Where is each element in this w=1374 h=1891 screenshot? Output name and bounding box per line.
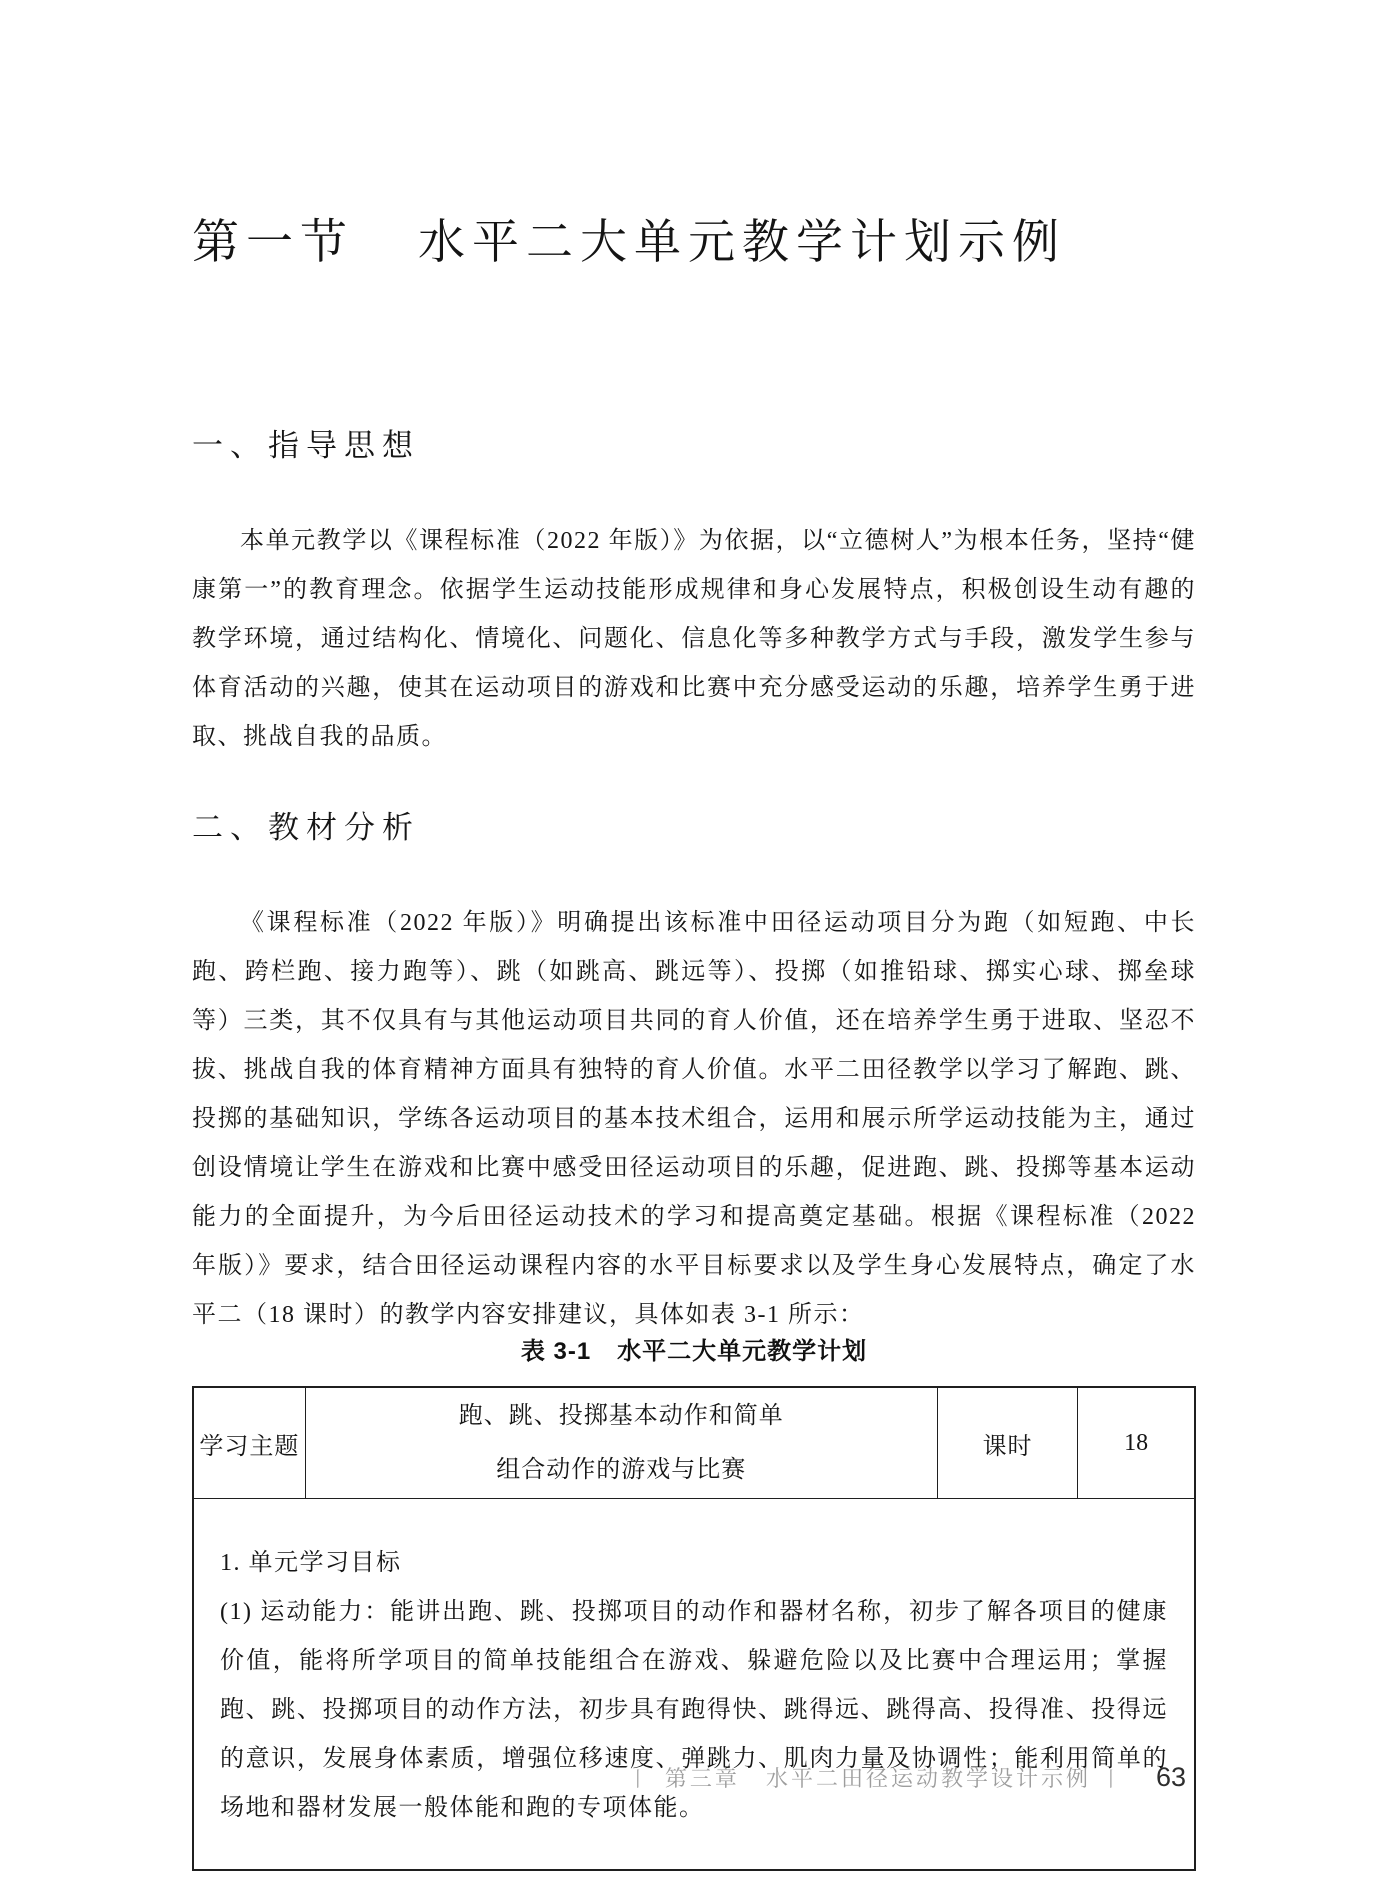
- cell-hours-value: 18: [1078, 1387, 1195, 1499]
- topic-line-1: 跑、跳、投掷基本动作和简单: [307, 1389, 936, 1443]
- document-page: 第一节 水平二大单元教学计划示例 一、指导思想 本单元教学以《课程标准（2022…: [0, 0, 1374, 1891]
- footer-divider-left: 丨: [628, 1763, 651, 1792]
- table-row-header: 学习主题 跑、跳、投掷基本动作和简单 组合动作的游戏与比赛 课时 18: [193, 1387, 1195, 1499]
- footer-chapter-title: 水平二田径运动教学设计示例: [766, 1762, 1091, 1793]
- page-title: 第一节 水平二大单元教学计划示例: [192, 205, 1196, 272]
- cell-hours-label: 课时: [937, 1387, 1077, 1499]
- footer-chapter-label: 第三章: [665, 1762, 740, 1793]
- cell-topic-value: 跑、跳、投掷基本动作和简单 组合动作的游戏与比赛: [305, 1387, 937, 1499]
- page-footer: 丨 第三章 水平二田径运动教学设计示例 丨 63: [628, 1762, 1186, 1793]
- table-row-goals: 1. 单元学习目标 (1) 运动能力：能讲出跑、跳、投掷项目的动作和器材名称，初…: [193, 1499, 1195, 1871]
- paragraph-guiding-ideology: 本单元教学以《课程标准（2022 年版）》为依据，以“立德树人”为根本任务，坚持…: [192, 517, 1196, 762]
- section-heading-guiding-ideology: 一、指导思想: [192, 420, 1196, 465]
- unit-goals-title: 1. 单元学习目标: [220, 1539, 1168, 1588]
- cell-unit-goals: 1. 单元学习目标 (1) 运动能力：能讲出跑、跳、投掷项目的动作和器材名称，初…: [193, 1499, 1195, 1871]
- topic-line-2: 组合动作的游戏与比赛: [307, 1443, 936, 1497]
- cell-topic-label: 学习主题: [193, 1387, 305, 1499]
- page-title-text: 水平二大单元教学计划示例: [418, 215, 1066, 270]
- unit-goals-item-1: (1) 运动能力：能讲出跑、跳、投掷项目的动作和器材名称，初步了解各项目的健康价…: [220, 1588, 1168, 1833]
- unit-teaching-plan-table: 学习主题 跑、跳、投掷基本动作和简单 组合动作的游戏与比赛 课时 18 1. 单…: [192, 1386, 1196, 1871]
- section-heading-material-analysis: 二、教材分析: [192, 802, 1196, 847]
- footer-divider-right: 丨: [1101, 1763, 1124, 1792]
- footer-page-number: 63: [1156, 1762, 1186, 1793]
- table-caption-title: 水平二大单元教学计划: [617, 1338, 867, 1365]
- page-title-section-number: 第一节: [192, 215, 354, 270]
- table-caption-number: 表 3-1: [521, 1338, 591, 1365]
- paragraph-material-analysis: 《课程标准（2022 年版）》明确提出该标准中田径运动项目分为跑（如短跑、中长跑…: [192, 899, 1196, 1321]
